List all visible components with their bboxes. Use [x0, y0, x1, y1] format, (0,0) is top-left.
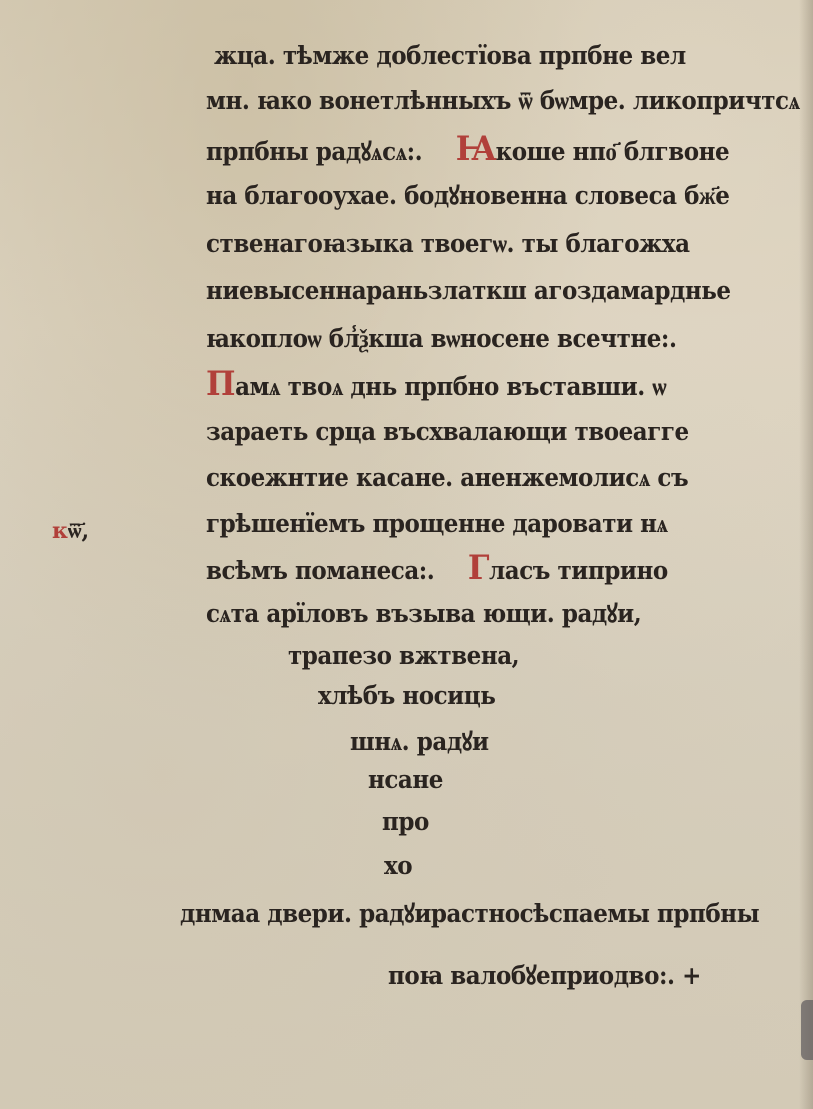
- text-line-12: всѣмъ поманеса:. Гласъ типрино: [206, 552, 668, 587]
- text-line-14: трапезо вжтвена,: [288, 640, 519, 672]
- text-line-20: днмаа двери. радꙋирастносѣспаемы прпбны: [180, 898, 759, 930]
- text-line-19: хо: [384, 850, 412, 882]
- rubric-initial-g: Г: [468, 548, 489, 588]
- rubric-initial-ya: Ꙗ: [456, 129, 496, 169]
- text-line-17: нсане: [368, 764, 443, 796]
- text-line-12-a: всѣмъ поманеса:.: [206, 556, 434, 585]
- text-line-4: на благооухае. бодꙋновенна словеса бж҃е: [206, 180, 729, 212]
- manuscript-page: кѿ҃, жца. тѣмже доблестїова прпбне вел м…: [0, 0, 813, 1109]
- margin-note-text: ѿ҃,: [68, 518, 89, 544]
- rubric-initial-p: П: [206, 364, 235, 404]
- text-line-7: ꙗкоплоѡ бл̾ѯкша вѡносене всечтне:.: [206, 323, 676, 355]
- text-line-5: ственагоꙗзыка твоегѡ. ты благожха: [206, 228, 690, 260]
- text-line-3-a: прпбны радꙋѧсѧ:.: [206, 137, 422, 166]
- text-line-13: сѧта арїловъ възыва ющи. радꙋи,: [206, 598, 641, 630]
- page-stain: [801, 1000, 813, 1060]
- text-line-2: мн. ꙗко вонетлѣнныхъ ѿ бѡмре. ликопричтс…: [206, 85, 800, 117]
- text-line-3: прпбны радꙋѧсѧ:. Ꙗкоше нпо҃ блгвоне: [206, 133, 729, 168]
- text-line-11: грѣшенїемъ прощенне даровати нѧ: [206, 508, 668, 540]
- text-line-8-text: амѧ твоѧ днь прпбно въставши. ѡ: [235, 372, 666, 401]
- page-edge-shadow: [799, 0, 813, 1109]
- text-line-21: поꙗ валобꙋеприодво:. +: [388, 960, 701, 992]
- text-line-6: ниевысеннараньзлаткш агоздамарднье: [206, 275, 731, 307]
- text-line-12-b: ласъ типрино: [489, 556, 668, 585]
- margin-note-initial: к: [52, 518, 68, 544]
- text-line-3-b: коше нпо҃ блгвоне: [496, 137, 730, 166]
- text-line-18: про: [382, 806, 429, 838]
- text-line-10: скоежнтие касане. аненжемолисѧ съ: [206, 462, 688, 494]
- text-line-8: Памѧ твоѧ днь прпбно въставши. ѡ: [206, 368, 666, 403]
- text-line-9: зараеть срца въсхвалающи твоеагге: [206, 416, 689, 448]
- margin-note: кѿ҃,: [52, 518, 89, 544]
- text-line-1: жца. тѣмже доблестїова прпбне вел: [214, 40, 686, 72]
- text-line-15: хлѣбъ носиць: [318, 680, 495, 712]
- text-line-16: шнѧ. радꙋи: [350, 726, 489, 758]
